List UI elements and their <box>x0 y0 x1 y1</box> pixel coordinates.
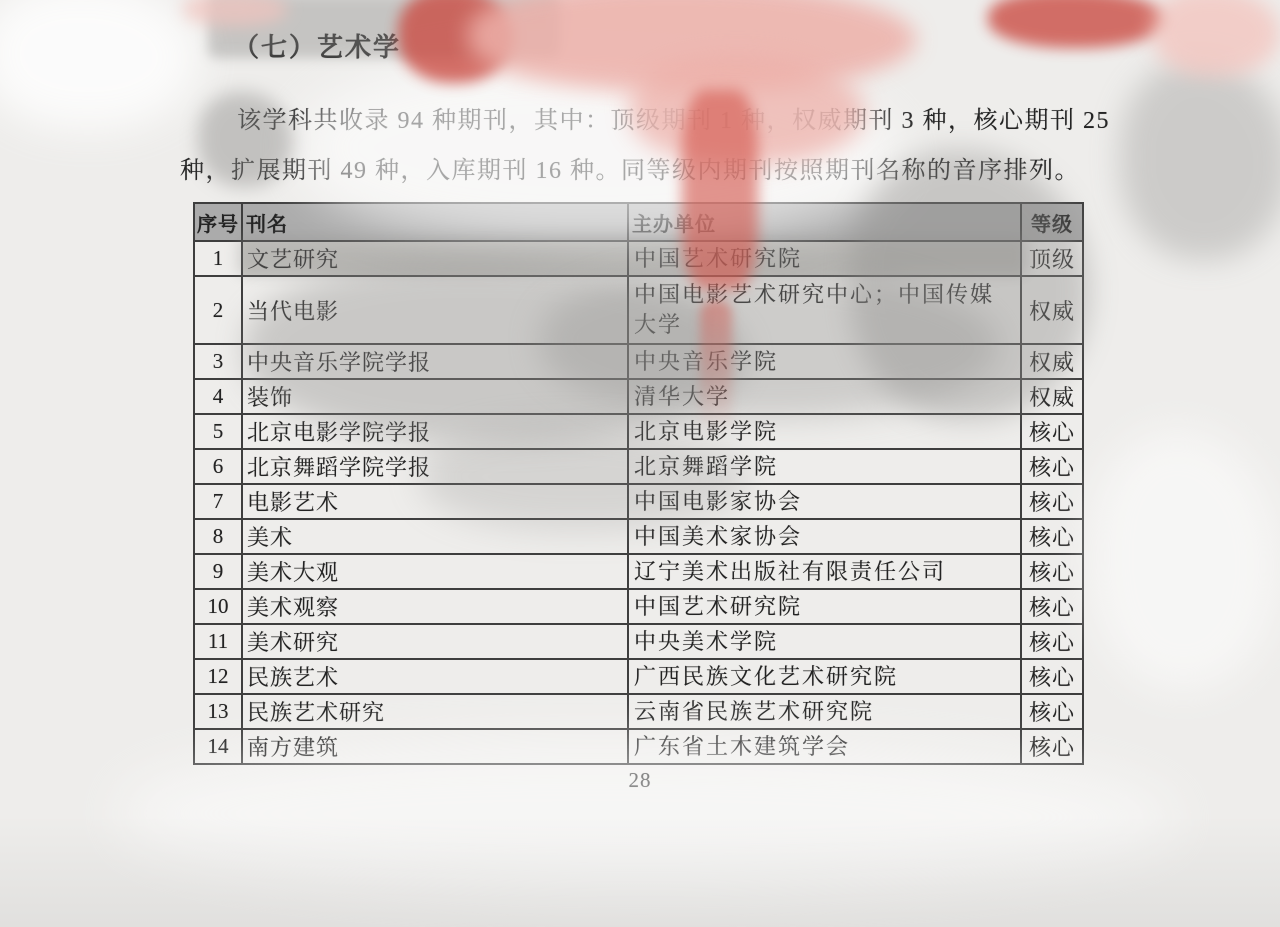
cell-level: 权威 <box>1021 344 1083 379</box>
cell-level: 核心 <box>1021 694 1083 729</box>
cell-journal: 中央音乐学院学报 <box>242 344 628 379</box>
cell-journal: 电影艺术 <box>242 484 628 519</box>
cell-no: 14 <box>194 729 242 764</box>
cell-no: 9 <box>194 554 242 589</box>
table-row: 3 中央音乐学院学报 中央音乐学院 权威 <box>194 344 1083 379</box>
table-row: 11 美术研究 中央美术学院 核心 <box>194 624 1083 659</box>
cell-journal: 美术观察 <box>242 589 628 624</box>
cell-organizer: 中国美术家协会 <box>628 519 1021 554</box>
cell-organizer: 云南省民族艺术研究院 <box>628 694 1021 729</box>
journal-ranking-table: 序号 刊名 主办单位 等级 1 文艺研究 中国艺术研究院 顶级 2 当代电影 中… <box>193 202 1084 765</box>
cell-no: 7 <box>194 484 242 519</box>
cell-no: 4 <box>194 379 242 414</box>
table-row: 9 美术大观 辽宁美术出版社有限责任公司 核心 <box>194 554 1083 589</box>
header-cell-journal: 刊名 <box>242 203 628 241</box>
cell-no: 10 <box>194 589 242 624</box>
cell-level: 核心 <box>1021 554 1083 589</box>
cell-organizer: 北京舞蹈学院 <box>628 449 1021 484</box>
cell-journal: 北京电影学院学报 <box>242 414 628 449</box>
table-row: 14 南方建筑 广东省土木建筑学会 核心 <box>194 729 1083 764</box>
intro-line-2: 种，扩展期刊 49 种，入库期刊 16 种。同等级内期刊按照期刊名称的音序排列。 <box>180 146 1140 196</box>
document-page: （七）艺术学 该学科共收录 94 种期刊，其中：顶级期刊 1 种，权威期刊 3 … <box>0 0 1280 927</box>
cell-organizer: 中国电影艺术研究中心；中国传媒大学 <box>628 276 1021 344</box>
cell-journal: 美术研究 <box>242 624 628 659</box>
cell-level: 核心 <box>1021 484 1083 519</box>
cell-organizer: 广西民族文化艺术研究院 <box>628 659 1021 694</box>
header-cell-level: 等级 <box>1021 203 1083 241</box>
cell-journal: 美术 <box>242 519 628 554</box>
journal-table-body: 1 文艺研究 中国艺术研究院 顶级 2 当代电影 中国电影艺术研究中心；中国传媒… <box>194 241 1083 764</box>
cell-organizer: 中央美术学院 <box>628 624 1021 659</box>
cell-level: 核心 <box>1021 729 1083 764</box>
cell-no: 6 <box>194 449 242 484</box>
cell-level: 权威 <box>1021 276 1083 344</box>
cell-level: 核心 <box>1021 449 1083 484</box>
table-row: 13 民族艺术研究 云南省民族艺术研究院 核心 <box>194 694 1083 729</box>
cell-journal: 南方建筑 <box>242 729 628 764</box>
table-row: 10 美术观察 中国艺术研究院 核心 <box>194 589 1083 624</box>
cell-journal: 装饰 <box>242 379 628 414</box>
cell-no: 5 <box>194 414 242 449</box>
intro-paragraph: 该学科共收录 94 种期刊，其中：顶级期刊 1 种，权威期刊 3 种，核心期刊 … <box>180 96 1140 196</box>
cell-journal: 美术大观 <box>242 554 628 589</box>
cell-no: 1 <box>194 241 242 276</box>
cell-level: 权威 <box>1021 379 1083 414</box>
cell-no: 13 <box>194 694 242 729</box>
cell-organizer: 中国艺术研究院 <box>628 589 1021 624</box>
table-header-row: 序号 刊名 主办单位 等级 <box>194 203 1083 241</box>
table-row: 7 电影艺术 中国电影家协会 核心 <box>194 484 1083 519</box>
table-row: 12 民族艺术 广西民族文化艺术研究院 核心 <box>194 659 1083 694</box>
cell-level: 核心 <box>1021 519 1083 554</box>
table-row: 1 文艺研究 中国艺术研究院 顶级 <box>194 241 1083 276</box>
cell-journal: 民族艺术研究 <box>242 694 628 729</box>
table-row: 6 北京舞蹈学院学报 北京舞蹈学院 核心 <box>194 449 1083 484</box>
header-cell-organizer: 主办单位 <box>628 203 1021 241</box>
cell-journal: 民族艺术 <box>242 659 628 694</box>
cell-level: 核心 <box>1021 589 1083 624</box>
cell-no: 11 <box>194 624 242 659</box>
cell-organizer: 中国电影家协会 <box>628 484 1021 519</box>
cell-level: 核心 <box>1021 414 1083 449</box>
cell-journal: 北京舞蹈学院学报 <box>242 449 628 484</box>
cell-no: 8 <box>194 519 242 554</box>
cell-level: 核心 <box>1021 659 1083 694</box>
cell-organizer: 广东省土木建筑学会 <box>628 729 1021 764</box>
table-row: 4 装饰 清华大学 权威 <box>194 379 1083 414</box>
cell-journal: 文艺研究 <box>242 241 628 276</box>
section-title: （七）艺术学 <box>233 27 401 64</box>
cell-organizer: 辽宁美术出版社有限责任公司 <box>628 554 1021 589</box>
cell-journal: 当代电影 <box>242 276 628 344</box>
cell-level: 顶级 <box>1021 241 1083 276</box>
cell-level: 核心 <box>1021 624 1083 659</box>
cell-no: 2 <box>194 276 242 344</box>
header-cell-no: 序号 <box>194 203 242 241</box>
table-row: 2 当代电影 中国电影艺术研究中心；中国传媒大学 权威 <box>194 276 1083 344</box>
intro-line-1: 该学科共收录 94 种期刊，其中：顶级期刊 1 种，权威期刊 3 种，核心期刊 … <box>180 96 1140 146</box>
cell-organizer: 清华大学 <box>628 379 1021 414</box>
table-row: 5 北京电影学院学报 北京电影学院 核心 <box>194 414 1083 449</box>
cell-organizer: 北京电影学院 <box>628 414 1021 449</box>
page-content: （七）艺术学 该学科共收录 94 种期刊，其中：顶级期刊 1 种，权威期刊 3 … <box>0 0 1280 927</box>
table-row: 8 美术 中国美术家协会 核心 <box>194 519 1083 554</box>
cell-organizer: 中央音乐学院 <box>628 344 1021 379</box>
cell-organizer: 中国艺术研究院 <box>628 241 1021 276</box>
cell-no: 3 <box>194 344 242 379</box>
page-number: 28 <box>0 768 1280 793</box>
cell-no: 12 <box>194 659 242 694</box>
